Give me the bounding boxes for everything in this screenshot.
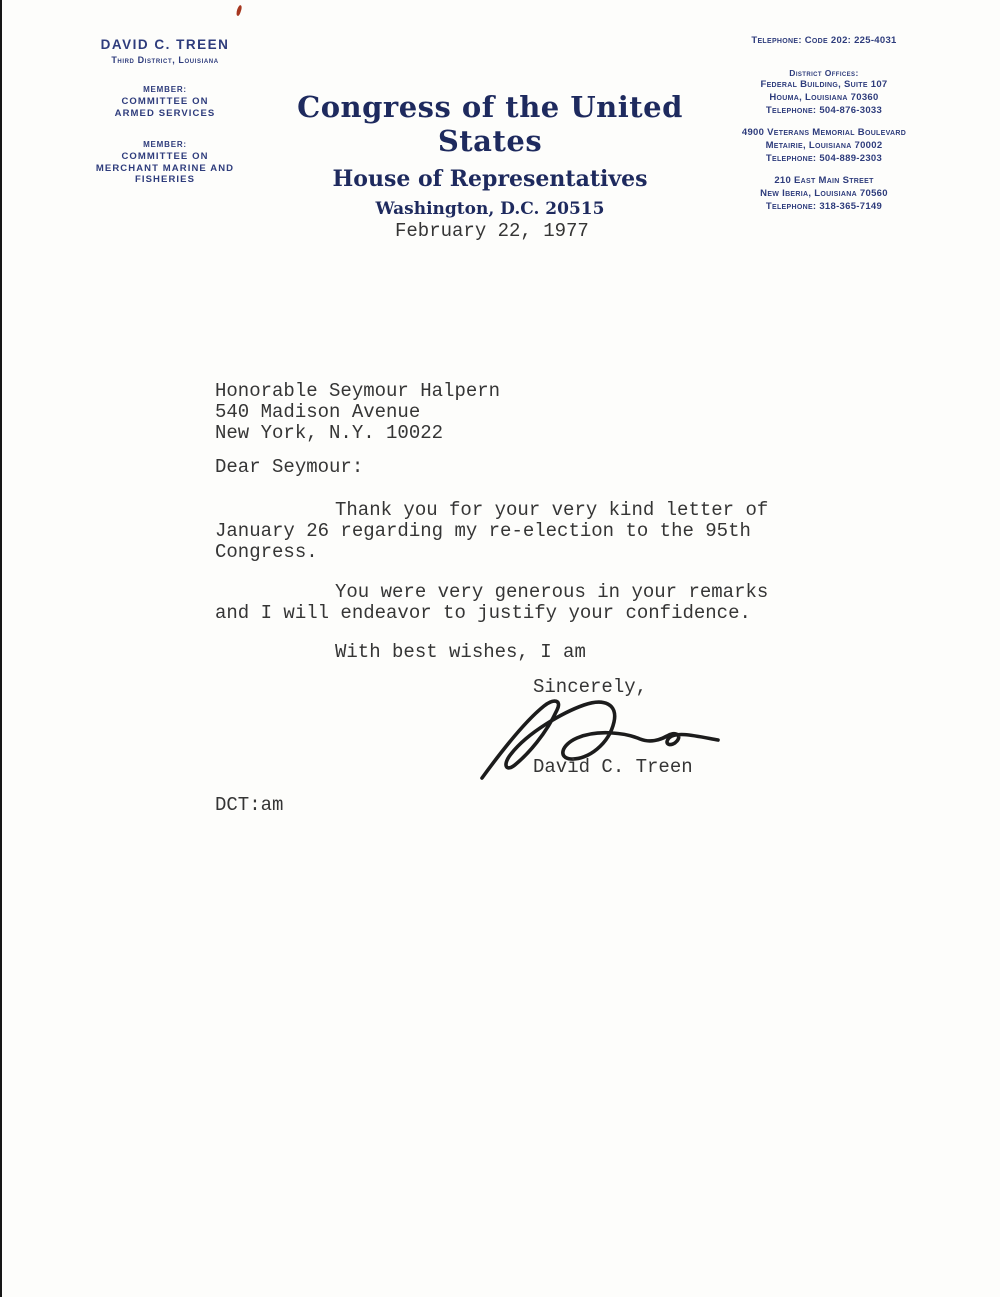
scanned-letter-page: DAVID C. TREEN Third District, Louisiana… [0, 0, 1000, 1297]
typed-signature-name: David C. Treen [533, 757, 693, 778]
office-address-line: Houma, Louisiana 70360 [715, 91, 933, 104]
red-ink-speck-artifact [235, 5, 242, 17]
house-heading: House of Representatives [280, 166, 700, 192]
valediction: Sincerely, [533, 677, 647, 698]
office-phone-line: Telephone: 504-889-2303 [715, 152, 933, 165]
district-offices-group-1: District Offices: Federal Building, Suit… [715, 68, 933, 117]
office-address-line: New Iberia, Louisiana 70560 [715, 187, 933, 200]
membership-armed-services: MEMBER: COMMITTEE ON ARMED SERVICES [55, 85, 275, 119]
capitol-phone: Telephone: Code 202: 225-4031 [715, 35, 933, 46]
washington-heading: Washington, D.C. 20515 [280, 199, 700, 219]
closing-line: With best wishes, I am [215, 642, 835, 663]
recipient-street: 540 Madison Avenue [215, 402, 835, 423]
recipient-city: New York, N.Y. 10022 [215, 423, 835, 444]
letter-date: February 22, 1977 [395, 221, 589, 242]
reference-initials: DCT:am [215, 795, 283, 816]
body-line: Congress. [215, 542, 835, 563]
office-address-line: 4900 Veterans Memorial Boulevard [715, 126, 933, 139]
office-address-line: Federal Building, Suite 107 [715, 78, 933, 91]
congress-heading: Congress of the United States [280, 90, 700, 158]
committee-line: COMMITTEE ON [55, 96, 275, 108]
membership-merchant-marine: MEMBER: COMMITTEE ON MERCHANT MARINE AND… [55, 140, 275, 186]
representative-name: DAVID C. TREEN [55, 37, 275, 52]
letterhead-right-block: Telephone: Code 202: 225-4031 District O… [715, 35, 933, 222]
member-label: MEMBER: [55, 85, 275, 94]
office-phone-line: Telephone: 504-876-3033 [715, 104, 933, 117]
body-line: and I will endeavor to justify your conf… [215, 603, 835, 624]
committee-line: COMMITTEE ON [55, 151, 275, 163]
committee-line: ARMED SERVICES [55, 108, 275, 120]
salutation: Dear Seymour: [215, 457, 835, 478]
district-offices-label: District Offices: [715, 68, 933, 78]
committee-line: MERCHANT MARINE AND [55, 163, 275, 175]
committee-line: FISHERIES [55, 174, 275, 186]
body-line: January 26 regarding my re-election to t… [215, 521, 835, 542]
district-offices-group-3: 210 East Main Street New Iberia, Louisia… [715, 174, 933, 213]
office-address-line: Metairie, Louisiana 70002 [715, 139, 933, 152]
letter-body: Honorable Seymour Halpern 540 Madison Av… [215, 381, 835, 663]
office-phone-line: Telephone: 318-365-7149 [715, 200, 933, 213]
body-line: Thank you for your very kind letter of [215, 500, 835, 521]
body-line: You were very generous in your remarks [215, 582, 835, 603]
paragraph-2: You were very generous in your remarks a… [215, 582, 835, 624]
letterhead-left-block: DAVID C. TREEN Third District, Louisiana… [55, 37, 275, 207]
office-address-line: 210 East Main Street [715, 174, 933, 187]
representative-district: Third District, Louisiana [55, 55, 275, 65]
member-label: MEMBER: [55, 140, 275, 149]
recipient-name: Honorable Seymour Halpern [215, 381, 835, 402]
scan-edge-artifact [0, 0, 2, 1297]
district-offices-group-2: 4900 Veterans Memorial Boulevard Metairi… [715, 126, 933, 165]
letterhead-center-heading: Congress of the United States House of R… [280, 90, 700, 219]
paragraph-1: Thank you for your very kind letter of J… [215, 500, 835, 563]
